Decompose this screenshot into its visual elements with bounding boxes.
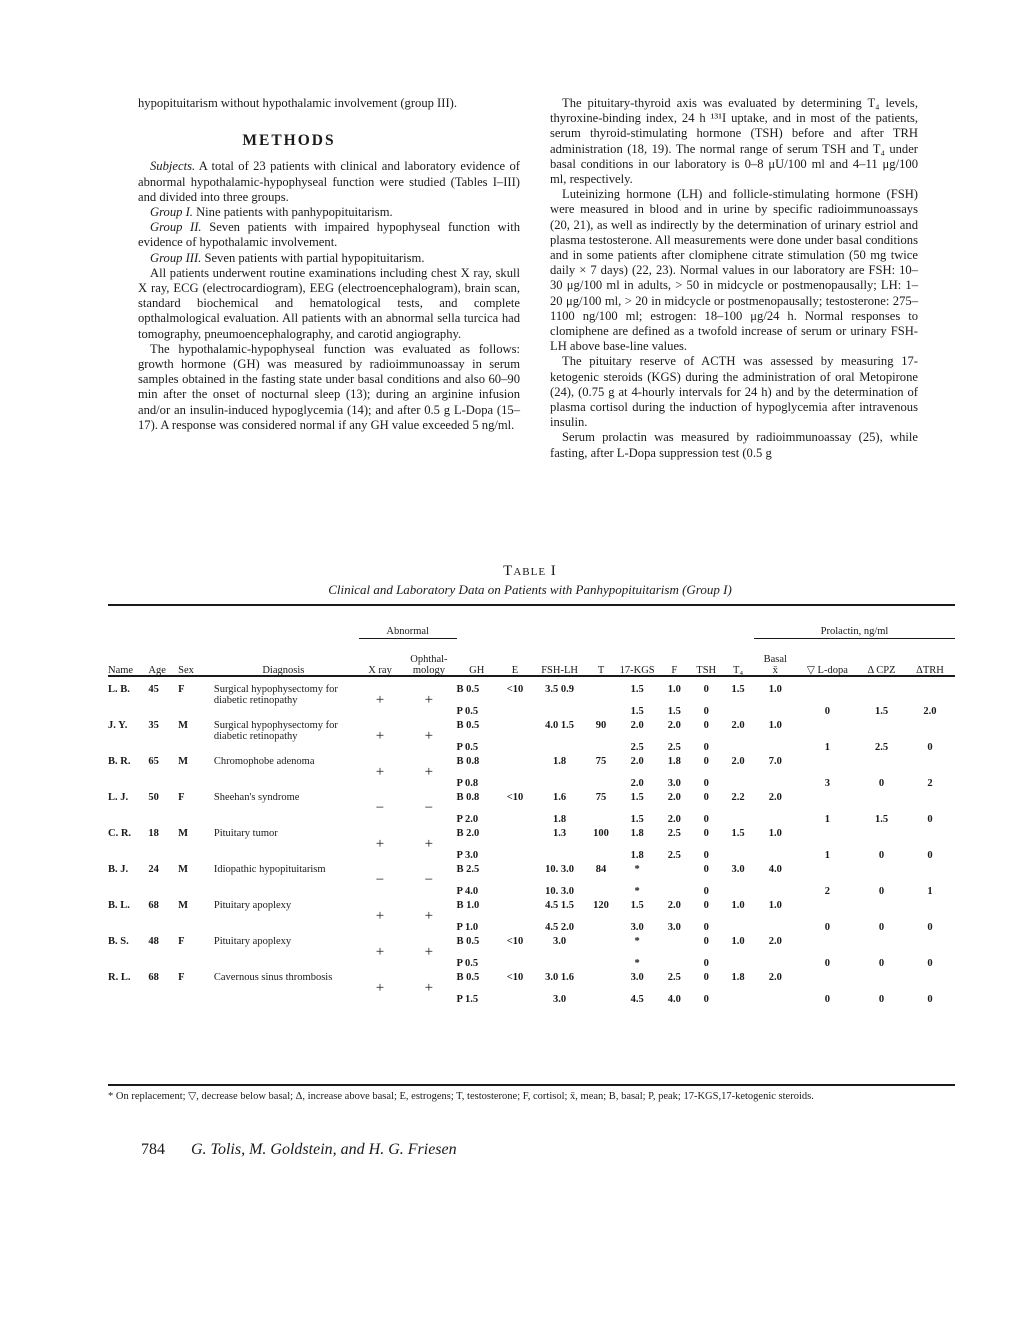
cell-basal-tsh: 0	[690, 792, 722, 804]
cell-basal-f: 2.5	[658, 972, 690, 984]
cell-empty	[858, 900, 905, 912]
cell-prolactin-trh: 0	[905, 958, 955, 972]
cell-xray: +	[359, 756, 402, 778]
cell-empty	[754, 814, 797, 828]
cell-peak-gh: P 0.5	[457, 958, 497, 972]
cell-basal-fshlh: 3.0	[533, 936, 586, 948]
cell-basal-gh: B 0.5	[457, 720, 497, 732]
cell-basal-fshlh: 1.3	[533, 828, 586, 840]
cell-prolactin-trh: 2.0	[905, 706, 955, 720]
cell-basal-tsh: 0	[690, 936, 722, 948]
cell-basal-kgs: 2.0	[616, 756, 659, 768]
cell-age: 24	[148, 864, 178, 876]
cell-ophthalmology: +	[401, 756, 456, 778]
cell-xray: −	[359, 864, 402, 886]
cell-empty	[722, 850, 754, 864]
cell-peak-kgs: 2.0	[616, 778, 659, 792]
cell-peak-gh: P 3.0	[457, 850, 497, 864]
cell-prolactin-trh: 0	[905, 814, 955, 828]
cell-empty	[754, 922, 797, 936]
cell-basal-kgs: 1.5	[616, 900, 659, 912]
cell-ophthalmology: +	[401, 900, 456, 922]
cell-diagnosis: Surgical hypophysectomy for diabetic ret…	[208, 684, 359, 720]
cell-prolactin-cpz: 1.5	[858, 814, 905, 828]
cell-diagnosis: Pituitary tumor	[208, 828, 359, 864]
cell-peak-kgs: 1.5	[616, 706, 659, 720]
cell-basal-e: <10	[497, 972, 533, 984]
cell-peak-fshlh: 1.8	[533, 814, 586, 828]
cell-basal-prl_basal: 7.0	[754, 756, 797, 768]
cell-ophthalmology: +	[401, 828, 456, 850]
cell-empty	[754, 742, 797, 756]
cell-peak-gh: P 1.5	[457, 994, 497, 1008]
intro-line: hypopituitarism without hypothalamic inv…	[138, 96, 520, 111]
cell-basal-tsh: 0	[690, 756, 722, 768]
cell-empty	[905, 936, 955, 948]
cell-diagnosis: Cavernous sinus thrombosis	[208, 972, 359, 1008]
cell-sex: F	[178, 936, 208, 948]
group3-paragraph: Group III. Seven patients with partial h…	[138, 251, 520, 266]
cell-peak-t	[586, 958, 616, 972]
cell-peak-gh: P 4.0	[457, 886, 497, 900]
cell-basal-f: 2.5	[658, 828, 690, 840]
cell-xray: −	[359, 792, 402, 814]
cell-xray: +	[359, 720, 402, 742]
col-header-trh: ΔTRH	[905, 638, 955, 676]
cell-basal-kgs: 3.0	[616, 972, 659, 984]
cell-basal-f	[658, 864, 690, 876]
cell-basal-kgs: 2.0	[616, 720, 659, 732]
col-header-sex: Sex	[178, 638, 208, 676]
cell-peak-t	[586, 850, 616, 864]
cell-basal-t	[586, 972, 616, 984]
cell-peak-e	[497, 814, 533, 828]
table-row: B. R.65MChromophobe adenoma++B 0.81.8752…	[108, 756, 955, 768]
cell-basal-e	[497, 720, 533, 732]
cell-basal-tsh: 0	[690, 720, 722, 732]
cell-age: 45	[148, 684, 178, 696]
acth-paragraph: The pituitary reserve of ACTH was assess…	[550, 354, 918, 430]
cell-empty	[754, 850, 797, 864]
cell-empty	[722, 922, 754, 936]
cell-basal-gh: B 2.5	[457, 864, 497, 876]
header-group-abnormal: Abnormal	[359, 612, 457, 638]
table-row: J. Y.35MSurgical hypophysectomy for diab…	[108, 720, 955, 732]
cell-name: R. L.	[108, 972, 148, 984]
cell-peak-kgs: 1.8	[616, 850, 659, 864]
cell-empty	[858, 864, 905, 876]
cell-diagnosis: Pituitary apoplexy	[208, 900, 359, 936]
cell-peak-f	[658, 886, 690, 900]
table-subtitle: Clinical and Laboratory Data on Patients…	[100, 582, 960, 598]
col-header-diagnosis: Diagnosis	[208, 638, 359, 676]
cell-basal-fshlh: 4.0 1.5	[533, 720, 586, 732]
cell-basal-e	[497, 900, 533, 912]
cell-peak-e	[497, 958, 533, 972]
cell-peak-fshlh	[533, 742, 586, 756]
cell-empty	[905, 972, 955, 984]
col-header-fsh-lh: FSH-LH	[533, 638, 586, 676]
cell-xray: +	[359, 900, 402, 922]
table-row: L. B.45FSurgical hypophysectomy for diab…	[108, 684, 955, 696]
table-row: B. S.48FPituitary apoplexy++B 0.5<103.0*…	[108, 936, 955, 948]
cell-diagnosis: Surgical hypophysectomy for diabetic ret…	[208, 720, 359, 756]
cell-peak-t	[586, 922, 616, 936]
cell-basal-kgs: 1.5	[616, 792, 659, 804]
cell-prolactin-trh: 0	[905, 850, 955, 864]
cell-basal-gh: B 0.5	[457, 972, 497, 984]
cell-prolactin-ldopa: 0	[797, 958, 859, 972]
cell-peak-e	[497, 778, 533, 792]
cell-basal-gh: B 0.8	[457, 792, 497, 804]
cell-peak-gh: P 0.5	[457, 742, 497, 756]
cell-basal-t	[586, 684, 616, 696]
thyroid-paragraph: The pituitary-thyroid axis was evaluated…	[550, 96, 918, 187]
cell-peak-fshlh	[533, 706, 586, 720]
cell-peak-t	[586, 814, 616, 828]
col-header-t: T	[586, 638, 616, 676]
cell-basal-e	[497, 864, 533, 876]
cell-peak-t	[586, 778, 616, 792]
cell-peak-e	[497, 886, 533, 900]
cell-empty	[858, 684, 905, 696]
cell-empty	[722, 814, 754, 828]
cell-name: B. L.	[108, 900, 148, 912]
cell-peak-kgs: *	[616, 958, 659, 972]
cell-empty	[722, 706, 754, 720]
cell-empty	[905, 792, 955, 804]
cell-prolactin-trh: 0	[905, 922, 955, 936]
page-footer: 784 G. Tolis, M. Goldstein, and H. G. Fr…	[141, 1141, 457, 1159]
cell-age: 50	[148, 792, 178, 804]
cell-peak-tsh: 0	[690, 706, 722, 720]
cell-name: B. J.	[108, 864, 148, 876]
cell-prolactin-cpz: 1.5	[858, 706, 905, 720]
col-header-tsh: TSH	[690, 638, 722, 676]
group1-label: Group I.	[150, 205, 193, 219]
cell-basal-kgs: *	[616, 936, 659, 948]
cell-peak-e	[497, 994, 533, 1008]
cell-peak-tsh: 0	[690, 778, 722, 792]
header-group-prolactin: Prolactin, ng/ml	[754, 612, 955, 638]
col-header-basal-mean: Basalx̄	[754, 638, 797, 676]
cell-prolactin-trh: 0	[905, 742, 955, 756]
cell-name: B. R.	[108, 756, 148, 768]
cell-peak-fshlh: 3.0	[533, 994, 586, 1008]
col-header-age: Age	[148, 638, 178, 676]
cell-ophthalmology: +	[401, 684, 456, 706]
cell-ophthalmology: +	[401, 972, 456, 994]
cell-peak-gh: P 0.5	[457, 706, 497, 720]
cell-prolactin-ldopa: 1	[797, 814, 859, 828]
cell-basal-t	[586, 936, 616, 948]
cell-peak-e	[497, 850, 533, 864]
cell-prolactin-cpz: 0	[858, 958, 905, 972]
cell-xray: +	[359, 936, 402, 958]
col-header-ophthalmology: Ophthal-mology	[401, 638, 456, 676]
cell-basal-prl_basal: 4.0	[754, 864, 797, 876]
cell-peak-tsh: 0	[690, 886, 722, 900]
cell-peak-tsh: 0	[690, 742, 722, 756]
page-number: 784	[141, 1141, 165, 1158]
cell-basal-kgs: 1.8	[616, 828, 659, 840]
cell-empty	[905, 828, 955, 840]
cell-age: 65	[148, 756, 178, 768]
cell-peak-e	[497, 742, 533, 756]
cell-empty	[858, 792, 905, 804]
cell-peak-kgs: *	[616, 886, 659, 900]
cell-empty	[858, 972, 905, 984]
cell-peak-fshlh: 4.5 2.0	[533, 922, 586, 936]
cell-peak-kgs: 2.5	[616, 742, 659, 756]
cell-peak-kgs: 3.0	[616, 922, 659, 936]
cell-basal-prl_basal: 2.0	[754, 792, 797, 804]
cell-empty	[797, 792, 859, 804]
cell-peak-e	[497, 706, 533, 720]
lh-fsh-paragraph: Luteinizing hormone (LH) and follicle-st…	[550, 187, 918, 354]
cell-basal-fshlh: 10. 3.0	[533, 864, 586, 876]
cell-empty	[797, 900, 859, 912]
cell-basal-t4: 1.8	[722, 972, 754, 984]
cell-basal-tsh: 0	[690, 864, 722, 876]
cell-basal-f: 2.0	[658, 720, 690, 732]
cell-empty	[905, 864, 955, 876]
cell-prolactin-ldopa: 0	[797, 706, 859, 720]
cell-peak-f: 2.5	[658, 742, 690, 756]
cell-basal-e: <10	[497, 792, 533, 804]
cell-basal-gh: B 0.5	[457, 936, 497, 948]
table-body: L. B.45FSurgical hypophysectomy for diab…	[108, 684, 955, 1008]
cell-basal-f: 2.0	[658, 792, 690, 804]
table-title: Table I	[100, 563, 960, 580]
cell-prolactin-cpz: 0	[858, 994, 905, 1008]
cell-empty	[722, 886, 754, 900]
col-header-xray: X ray	[359, 638, 402, 676]
cell-basal-t: 75	[586, 756, 616, 768]
cell-empty	[797, 828, 859, 840]
cell-xray: +	[359, 828, 402, 850]
cell-basal-f: 1.0	[658, 684, 690, 696]
cell-name: C. R.	[108, 828, 148, 840]
cell-basal-t: 120	[586, 900, 616, 912]
cell-basal-fshlh: 1.6	[533, 792, 586, 804]
cell-peak-fshlh	[533, 958, 586, 972]
cell-prolactin-ldopa: 0	[797, 994, 859, 1008]
cell-basal-tsh: 0	[690, 684, 722, 696]
cell-name: L. J.	[108, 792, 148, 804]
table-row: C. R.18MPituitary tumor++B 2.01.31001.82…	[108, 828, 955, 840]
left-text-column: hypopituitarism without hypothalamic inv…	[138, 96, 520, 433]
cell-basal-e: <10	[497, 684, 533, 696]
section-heading-methods: METHODS	[138, 133, 520, 148]
cell-basal-e: <10	[497, 936, 533, 948]
cell-sex: F	[178, 792, 208, 804]
col-header-gh: GH	[457, 638, 497, 676]
cell-basal-t: 75	[586, 792, 616, 804]
cell-peak-t	[586, 994, 616, 1008]
cell-peak-kgs: 1.5	[616, 814, 659, 828]
cell-empty	[905, 720, 955, 732]
cell-empty	[797, 720, 859, 732]
cell-sex: M	[178, 864, 208, 876]
authors: G. Tolis, M. Goldstein, and H. G. Friese…	[191, 1141, 457, 1158]
cell-peak-fshlh	[533, 850, 586, 864]
cell-ophthalmology: +	[401, 720, 456, 742]
table-row: B. J.24MIdiopathic hypopituitarism−−B 2.…	[108, 864, 955, 876]
cell-empty	[858, 756, 905, 768]
cell-empty	[722, 742, 754, 756]
cell-empty	[754, 958, 797, 972]
cell-empty	[797, 936, 859, 948]
cell-age: 68	[148, 972, 178, 984]
cell-basal-t4: 1.5	[722, 828, 754, 840]
cell-basal-prl_basal: 2.0	[754, 936, 797, 948]
table-row: R. L.68FCavernous sinus thrombosis++B 0.…	[108, 972, 955, 984]
cell-prolactin-trh: 2	[905, 778, 955, 792]
cell-peak-fshlh	[533, 778, 586, 792]
cell-peak-f: 2.0	[658, 814, 690, 828]
col-header-e: E	[497, 638, 533, 676]
cell-name: B. S.	[108, 936, 148, 948]
col-header-17kgs: 17-KGS	[616, 638, 659, 676]
cell-basal-tsh: 0	[690, 900, 722, 912]
cell-basal-gh: B 1.0	[457, 900, 497, 912]
prolactin-paragraph: Serum prolactin was measured by radioimm…	[550, 430, 918, 460]
cell-basal-prl_basal: 2.0	[754, 972, 797, 984]
col-header-t4: T₄	[722, 638, 754, 676]
group1-paragraph: Group I. Nine patients with panhypopitui…	[138, 205, 520, 220]
cell-peak-e	[497, 922, 533, 936]
subjects-paragraph: Subjects. A total of 23 patients with cl…	[138, 159, 520, 205]
cell-prolactin-cpz: 0	[858, 886, 905, 900]
cell-sex: F	[178, 684, 208, 696]
cell-sex: M	[178, 720, 208, 732]
cell-basal-kgs: *	[616, 864, 659, 876]
cell-basal-fshlh: 1.8	[533, 756, 586, 768]
cell-empty	[722, 958, 754, 972]
cell-prolactin-ldopa: 3	[797, 778, 859, 792]
cell-empty	[905, 756, 955, 768]
cell-basal-prl_basal: 1.0	[754, 900, 797, 912]
cell-peak-fshlh: 10. 3.0	[533, 886, 586, 900]
cell-empty	[858, 720, 905, 732]
cell-basal-t4: 2.0	[722, 720, 754, 732]
cell-peak-f: 3.0	[658, 922, 690, 936]
cell-basal-t4: 3.0	[722, 864, 754, 876]
cell-peak-kgs: 4.5	[616, 994, 659, 1008]
subjects-label: Subjects.	[150, 159, 195, 173]
exams-paragraph: All patients underwent routine examinati…	[138, 266, 520, 342]
cell-empty	[722, 778, 754, 792]
cell-empty	[905, 900, 955, 912]
gh-paragraph: The hypothalamic-hypophyseal function wa…	[138, 342, 520, 433]
cell-age: 68	[148, 900, 178, 912]
cell-empty	[905, 684, 955, 696]
cell-name: J. Y.	[108, 720, 148, 732]
cell-basal-t4: 2.0	[722, 756, 754, 768]
table-top-rule	[108, 604, 955, 606]
cell-basal-gh: B 0.5	[457, 684, 497, 696]
cell-empty	[797, 756, 859, 768]
cell-peak-gh: P 0.8	[457, 778, 497, 792]
cell-empty	[858, 936, 905, 948]
cell-basal-f: 2.0	[658, 900, 690, 912]
cell-peak-tsh: 0	[690, 994, 722, 1008]
cell-ophthalmology: +	[401, 936, 456, 958]
cell-peak-f	[658, 958, 690, 972]
cell-prolactin-trh: 0	[905, 994, 955, 1008]
cell-prolactin-trh: 1	[905, 886, 955, 900]
table-footnote: * On replacement; ▽, decrease below basa…	[108, 1090, 953, 1104]
cell-empty	[797, 684, 859, 696]
group2-paragraph: Group II. Seven patients with impaired h…	[138, 220, 520, 250]
cell-basal-fshlh: 3.0 1.6	[533, 972, 586, 984]
cell-empty	[754, 706, 797, 720]
table-row: B. L.68MPituitary apoplexy++B 1.04.5 1.5…	[108, 900, 955, 912]
cell-basal-fshlh: 3.5 0.9	[533, 684, 586, 696]
cell-basal-f	[658, 936, 690, 948]
col-header-f: F	[658, 638, 690, 676]
cell-diagnosis: Sheehan's syndrome	[208, 792, 359, 828]
cell-peak-gh: P 2.0	[457, 814, 497, 828]
cell-peak-f: 3.0	[658, 778, 690, 792]
cell-prolactin-cpz: 2.5	[858, 742, 905, 756]
cell-basal-t: 90	[586, 720, 616, 732]
cell-peak-f: 1.5	[658, 706, 690, 720]
cell-diagnosis: Pituitary apoplexy	[208, 936, 359, 972]
cell-prolactin-ldopa: 2	[797, 886, 859, 900]
col-header-name: Name	[108, 638, 148, 676]
cell-name: L. B.	[108, 684, 148, 696]
cell-basal-gh: B 0.8	[457, 756, 497, 768]
cell-empty	[797, 972, 859, 984]
cell-prolactin-cpz: 0	[858, 922, 905, 936]
cell-peak-f: 2.5	[658, 850, 690, 864]
cell-peak-f: 4.0	[658, 994, 690, 1008]
cell-empty	[754, 994, 797, 1008]
cell-sex: M	[178, 900, 208, 912]
cell-peak-tsh: 0	[690, 958, 722, 972]
group3-label: Group III.	[150, 251, 201, 265]
cell-age: 18	[148, 828, 178, 840]
cell-prolactin-cpz: 0	[858, 850, 905, 864]
cell-xray: +	[359, 972, 402, 994]
cell-prolactin-ldopa: 1	[797, 850, 859, 864]
cell-empty	[754, 886, 797, 900]
cell-empty	[722, 994, 754, 1008]
cell-basal-fshlh: 4.5 1.5	[533, 900, 586, 912]
cell-basal-t4: 1.0	[722, 936, 754, 948]
cell-age: 48	[148, 936, 178, 948]
cell-empty	[797, 864, 859, 876]
cell-basal-t4: 2.2	[722, 792, 754, 804]
cell-basal-t4: 1.0	[722, 900, 754, 912]
cell-peak-t	[586, 706, 616, 720]
cell-basal-prl_basal: 1.0	[754, 720, 797, 732]
cell-basal-tsh: 0	[690, 828, 722, 840]
cell-prolactin-ldopa: 1	[797, 742, 859, 756]
cell-basal-t: 84	[586, 864, 616, 876]
cell-sex: M	[178, 756, 208, 768]
col-header-cpz: Δ CPZ	[858, 638, 905, 676]
cell-basal-gh: B 2.0	[457, 828, 497, 840]
cell-peak-tsh: 0	[690, 850, 722, 864]
cell-sex: F	[178, 972, 208, 984]
cell-prolactin-cpz: 0	[858, 778, 905, 792]
table-bottom-rule	[108, 1084, 955, 1086]
cell-basal-t4: 1.5	[722, 684, 754, 696]
cell-basal-prl_basal: 1.0	[754, 828, 797, 840]
